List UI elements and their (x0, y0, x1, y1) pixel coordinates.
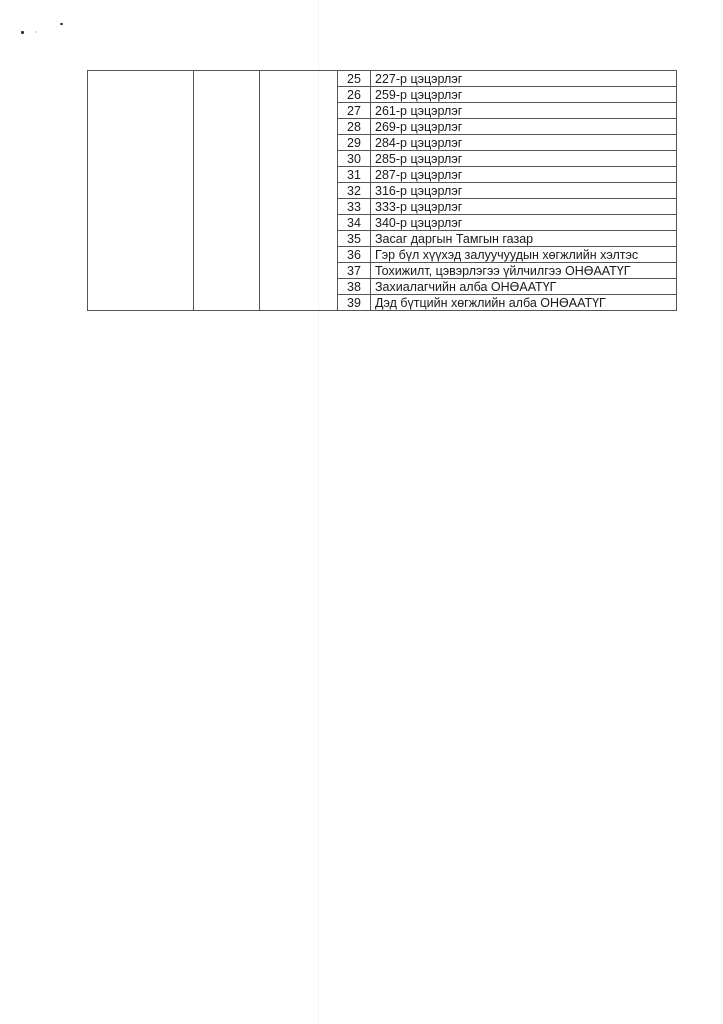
organization-name: 316-р цэцэрлэг (371, 183, 677, 199)
table-row: 25227-р цэцэрлэг (88, 71, 677, 87)
organization-name: Гэр бүл хүүхэд залуучуудын хөгжлийн хэлт… (371, 247, 677, 263)
organization-name: Тохижилт, цэвэрлэгээ үйлчилгээ ОНӨААТҮГ (371, 263, 677, 279)
organization-table: 25227-р цэцэрлэг26259-р цэцэрлэг27261-р … (87, 70, 677, 311)
row-number: 39 (338, 295, 371, 311)
merged-column-2 (194, 71, 260, 311)
scan-speck (21, 31, 24, 34)
row-number: 27 (338, 103, 371, 119)
organization-name: 227-р цэцэрлэг (371, 71, 677, 87)
row-number: 26 (338, 87, 371, 103)
scan-speck (60, 23, 63, 25)
row-number: 37 (338, 263, 371, 279)
row-number: 38 (338, 279, 371, 295)
merged-column-1 (88, 71, 194, 311)
row-number: 25 (338, 71, 371, 87)
row-number: 33 (338, 199, 371, 215)
table-body: 25227-р цэцэрлэг26259-р цэцэрлэг27261-р … (88, 71, 677, 311)
scan-speck (35, 31, 37, 33)
row-number: 36 (338, 247, 371, 263)
organization-name: 285-р цэцэрлэг (371, 151, 677, 167)
organization-name: 269-р цэцэрлэг (371, 119, 677, 135)
organization-name: 340-р цэцэрлэг (371, 215, 677, 231)
organization-name: Дэд бүтцийн хөгжлийн алба ОНӨААТҮГ (371, 295, 677, 311)
organization-name: Захиалагчийн алба ОНӨААТҮГ (371, 279, 677, 295)
organization-name: 287-р цэцэрлэг (371, 167, 677, 183)
organization-name: 333-р цэцэрлэг (371, 199, 677, 215)
row-number: 30 (338, 151, 371, 167)
organization-name: Засаг даргын Тамгын газар (371, 231, 677, 247)
row-number: 29 (338, 135, 371, 151)
organization-name: 261-р цэцэрлэг (371, 103, 677, 119)
row-number: 32 (338, 183, 371, 199)
row-number: 28 (338, 119, 371, 135)
merged-column-3 (260, 71, 338, 311)
organization-name: 259-р цэцэрлэг (371, 87, 677, 103)
row-number: 31 (338, 167, 371, 183)
row-number: 34 (338, 215, 371, 231)
row-number: 35 (338, 231, 371, 247)
organization-name: 284-р цэцэрлэг (371, 135, 677, 151)
